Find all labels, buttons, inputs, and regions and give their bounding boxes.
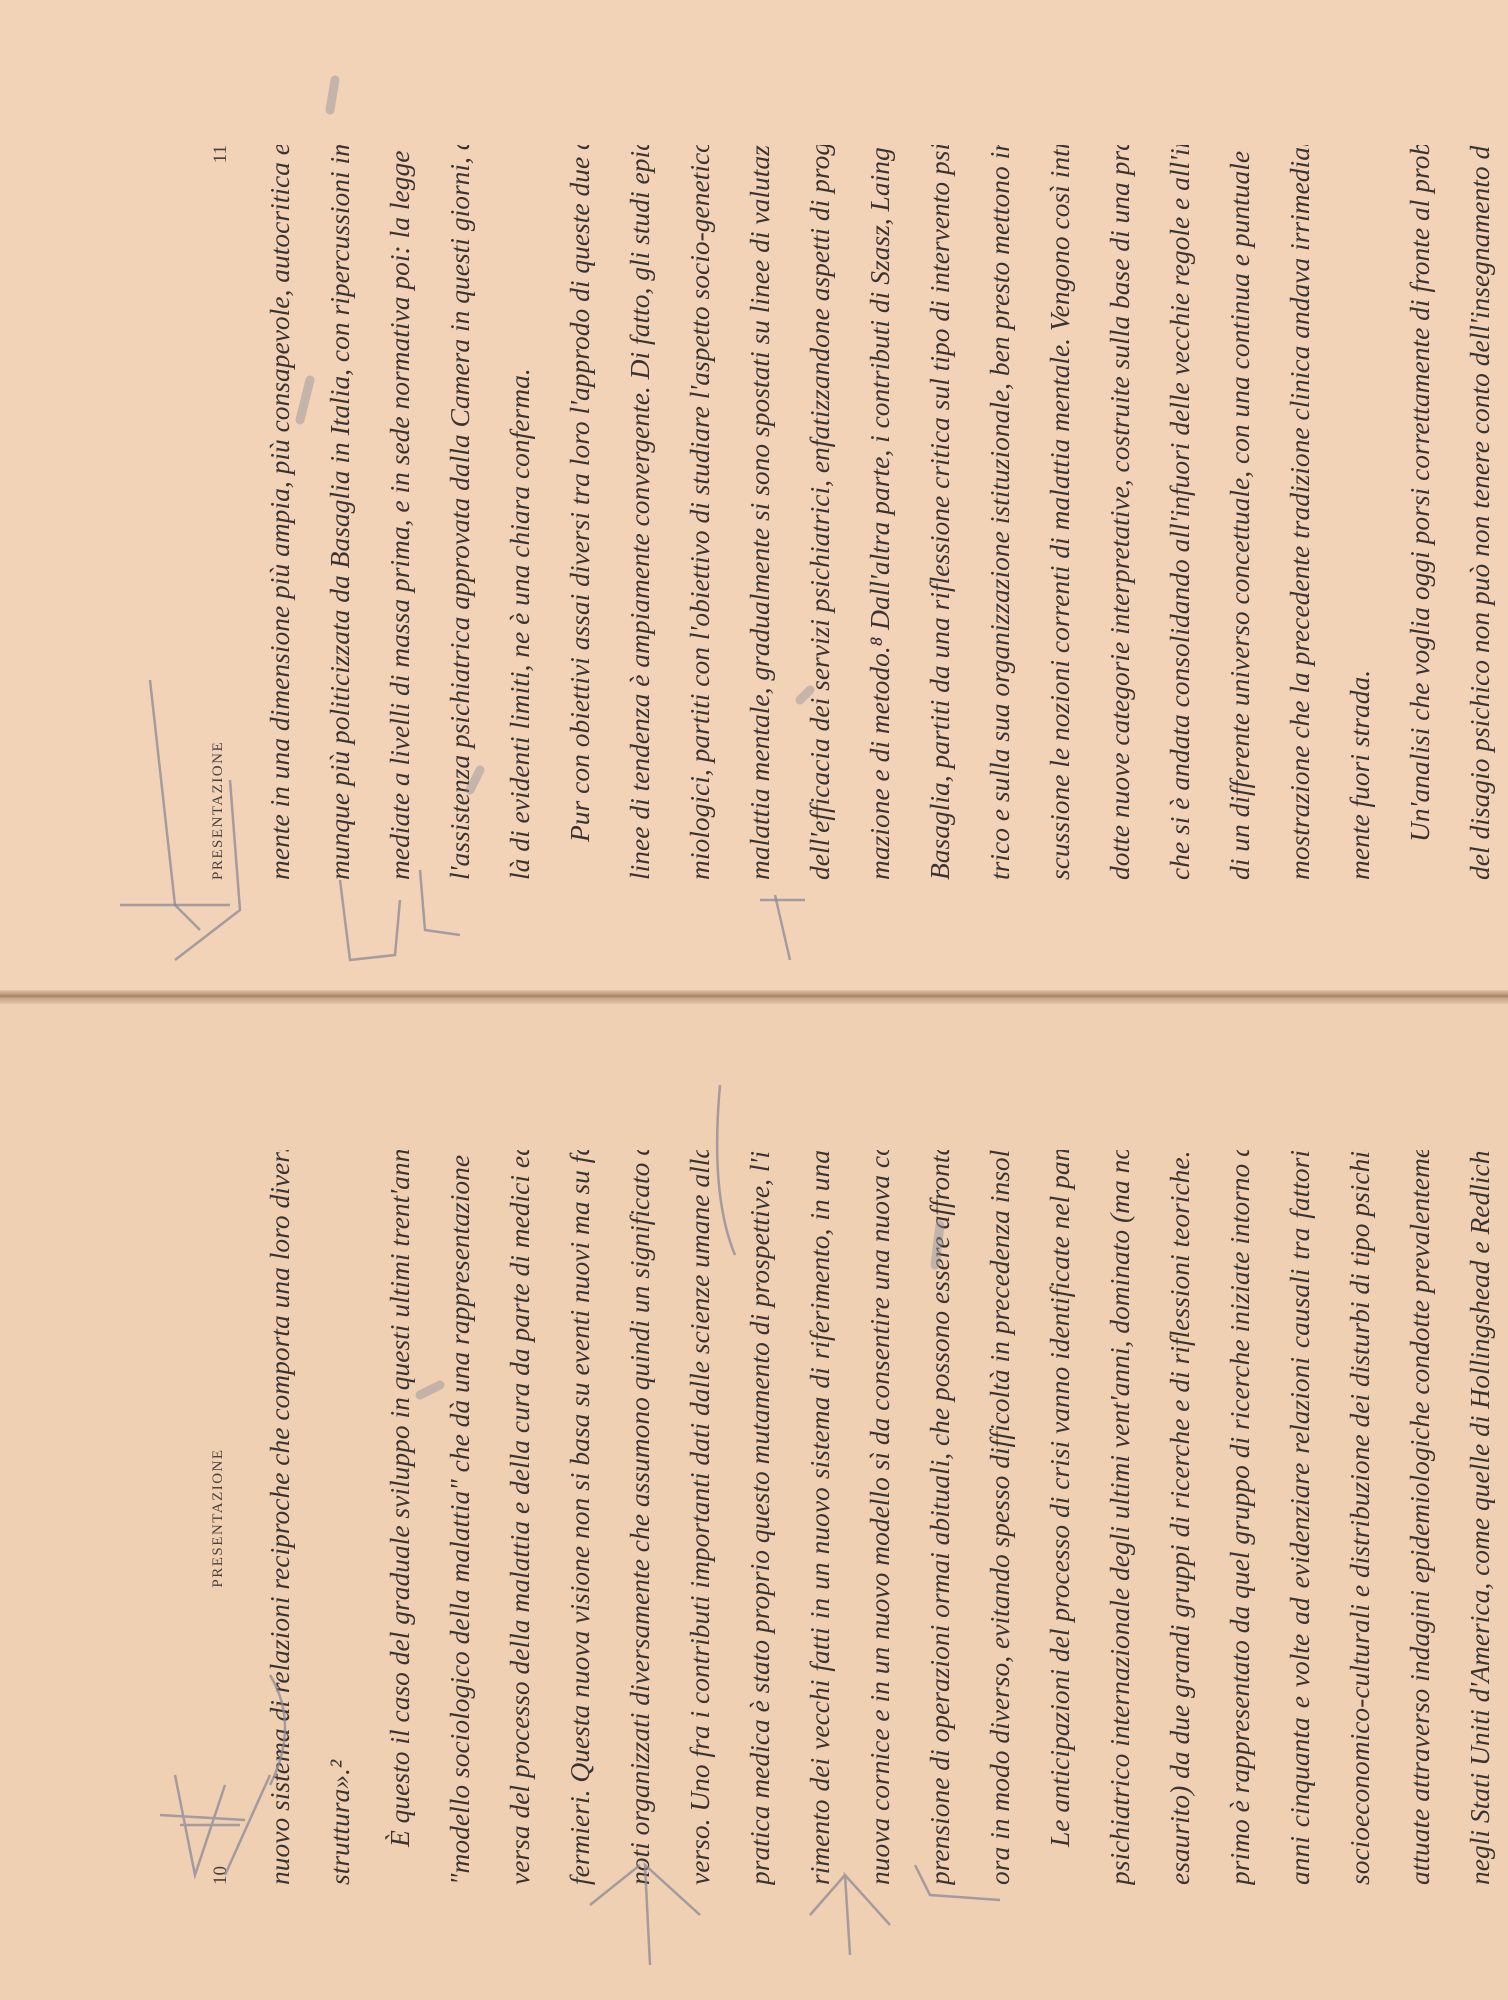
text-line: verso. Uno fra i contributi importanti d…: [670, 1150, 730, 1885]
body-text: nuovo sistema di relazioni reciproche ch…: [250, 1150, 1508, 1885]
page-number: 11: [210, 145, 232, 163]
text-line: di un differente universo concettuale, c…: [1210, 145, 1270, 880]
text-line: nuova cornice e in un nuovo modello sì d…: [850, 1150, 910, 1885]
text-line: primo è rappresentato da quel gruppo di …: [1210, 1150, 1270, 1885]
page-number: 10: [210, 1866, 232, 1885]
text-line: che si è andata consolidando all'infuori…: [1150, 145, 1210, 880]
text-line: socioeconomico-culturali e distribuzione…: [1330, 1150, 1390, 1885]
text-line: Pur con obiettivi assai diversi tra loro…: [550, 145, 610, 880]
text-line: mente fuori strada.: [1330, 145, 1390, 880]
text-line: Le anticipazioni del processo di crisi v…: [1030, 1150, 1090, 1885]
text-line: del disagio psichico non può non tenere …: [1450, 145, 1508, 880]
text-line: l'assistenza psichiatrica approvata dall…: [430, 145, 490, 880]
text-line: nuovo sistema di relazioni reciproche ch…: [250, 1150, 310, 1885]
text-line: noti organizzati diversamente che assumo…: [610, 1150, 670, 1885]
text-line: "modello sociologico della malattia" che…: [430, 1150, 490, 1885]
text-line: negli Stati Uniti d'America, come quelle…: [1450, 1150, 1508, 1885]
text-line: malattia mentale, gradualmente si sono s…: [730, 145, 790, 880]
text-line: fermieri. Questa nuova visione non si ba…: [550, 1150, 610, 1885]
running-head: 10 PRESENTAZIONE: [210, 1150, 232, 1885]
text-line: linee di tendenza è ampiamente convergen…: [610, 145, 670, 880]
text-line: miologici, partiti con l'obiettivo di st…: [670, 145, 730, 880]
text-line: là di evidenti limiti, ne è una chiara c…: [490, 145, 550, 880]
page-11: PRESENTAZIONE 11 mente in una dimensione…: [0, 0, 1508, 995]
body-text: mente in una dimensione più ampia, più c…: [250, 145, 1508, 880]
running-head-title: PRESENTAZIONE: [210, 741, 232, 880]
text-line: mediate a livelli di massa prima, e in s…: [370, 145, 430, 880]
text-line: psichiatrico internazionale degli ultimi…: [1090, 1150, 1150, 1885]
text-line: mente in una dimensione più ampia, più c…: [250, 145, 310, 880]
text-line: mazione e di metodo.⁸ Dall'altra parte, …: [850, 145, 910, 880]
text-line: Basaglia, partiti da una riflessione cri…: [910, 145, 970, 880]
text-line: attuate attraverso indagini epidemiologi…: [1390, 1150, 1450, 1885]
book-gutter: [0, 990, 1508, 1004]
text-line: Un'analisi che voglia oggi porsi corrett…: [1390, 145, 1450, 880]
text-line: trico e sulla sua organizzazione istituz…: [970, 145, 1030, 880]
text-line: dotte nuove categorie interpretative, co…: [1090, 145, 1150, 880]
page-10-scan: 10 PRESENTAZIONE nuovo sistema di relazi…: [0, 995, 1508, 2000]
running-head: PRESENTAZIONE 11: [210, 145, 232, 880]
running-head-title: PRESENTAZIONE: [210, 1448, 232, 1587]
text-line: pratica medica è stato proprio questo mu…: [730, 1150, 790, 1885]
text-line: versa del processo della malattia e dell…: [490, 1150, 550, 1885]
page-11-scan: PRESENTAZIONE 11 mente in una dimensione…: [0, 0, 1508, 995]
text-line: prensione di operazioni ormai abituali, …: [910, 1150, 970, 1885]
text-line: esaurito) da due grandi gruppi di ricerc…: [1150, 1150, 1210, 1885]
page-10: 10 PRESENTAZIONE nuovo sistema di relazi…: [0, 1000, 1508, 2000]
text-line: dell'efficacia dei servizi psichiatrici,…: [790, 145, 850, 880]
text-line: ora in modo diverso, evitando spesso dif…: [970, 1150, 1030, 1885]
text-line: struttura».²: [310, 1150, 370, 1885]
text-line: rimento dei vecchi fatti in un nuovo sis…: [790, 1150, 850, 1885]
text-line: È questo il caso del graduale sviluppo i…: [370, 1150, 430, 1885]
text-line: mostrazione che la precedente tradizione…: [1270, 145, 1330, 880]
text-line: scussione le nozioni correnti di malatti…: [1030, 145, 1090, 880]
text-line: anni cinquanta e volte ad evidenziare re…: [1270, 1150, 1330, 1885]
text-line: munque più politicizzata da Basaglia in …: [310, 145, 370, 880]
